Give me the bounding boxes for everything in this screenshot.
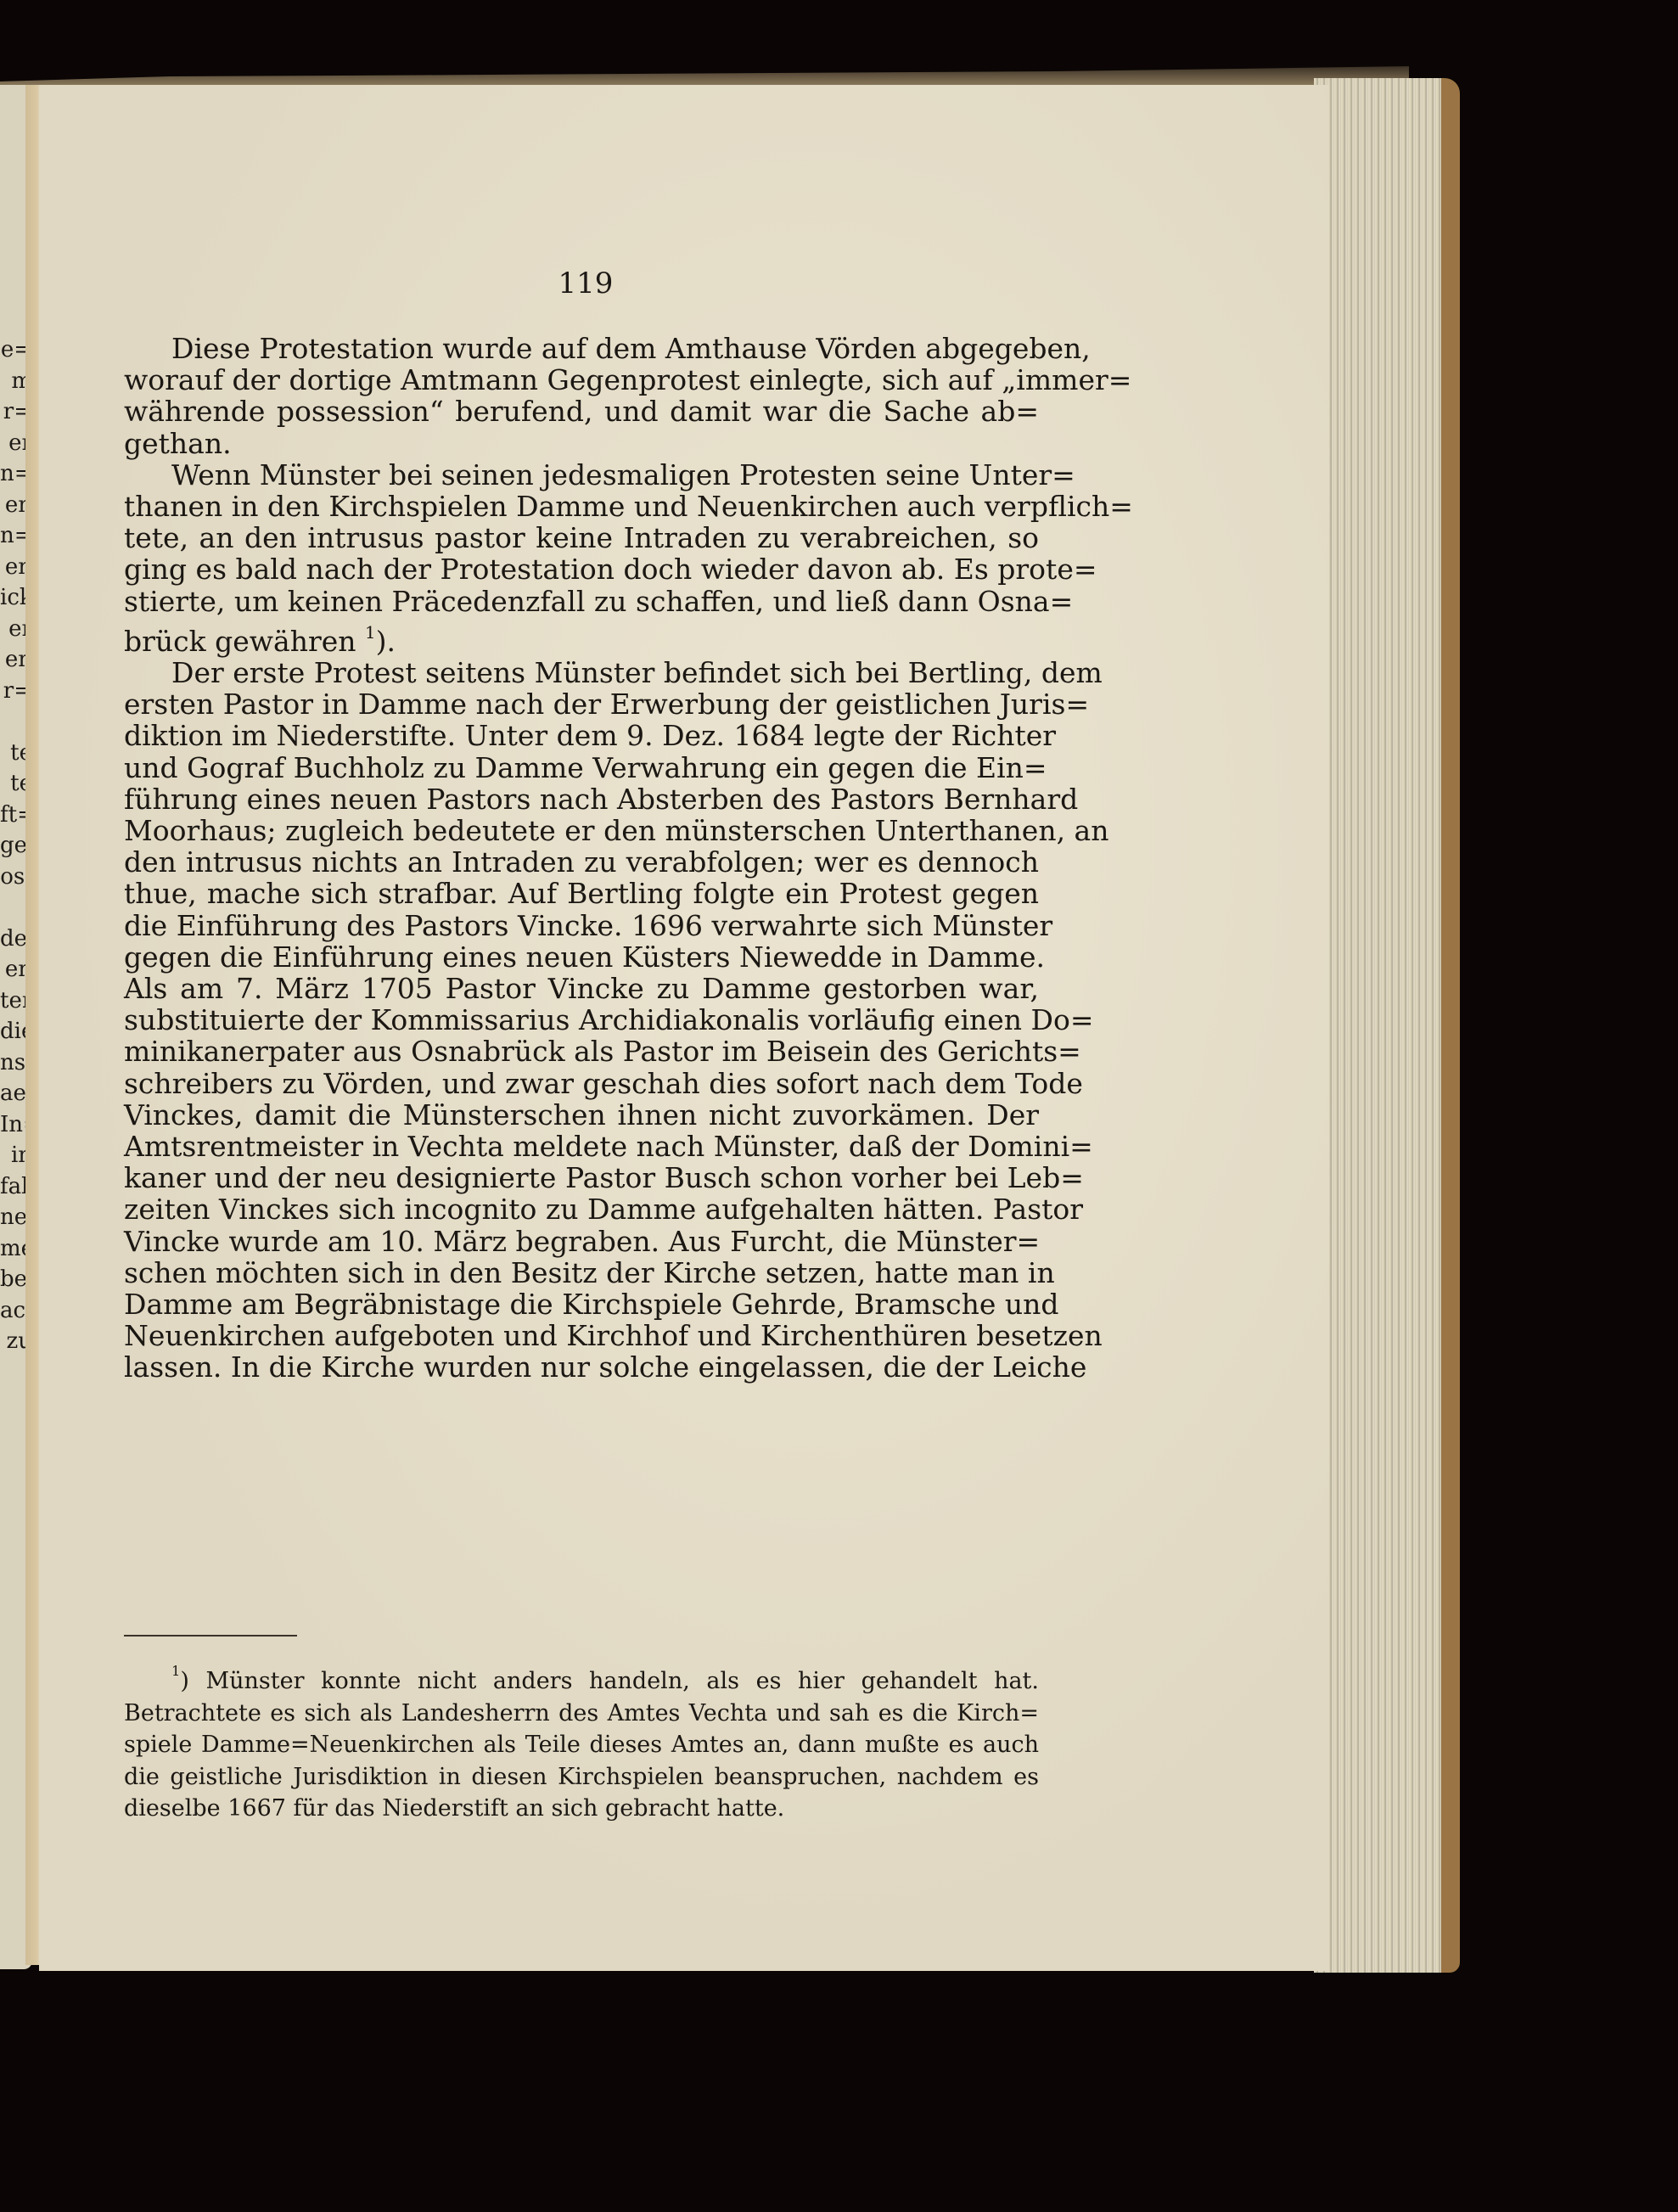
text-line: substituierte der Kommissarius Archidiak… <box>124 1004 1039 1036</box>
text-line: Als am 7. März 1705 Pastor Vincke zu Dam… <box>124 973 1039 1004</box>
text-line: Vinckes, damit die Münsterschen ihnen ni… <box>124 1099 1039 1131</box>
footnote-line: dieselbe 1667 für das Niederstift an sic… <box>124 1793 1039 1825</box>
text-line: lassen. In die Kirche wurden nur solche … <box>124 1351 1039 1383</box>
text-line: tete, an den intrusus pastor keine Intra… <box>124 522 1039 553</box>
text-line: Neuenkirchen aufgeboten und Kirchhof und… <box>124 1320 1039 1351</box>
text-line: Der erste Protest seitens Münster befind… <box>124 657 1039 688</box>
text-line: Diese Protestation wurde auf dem Amthaus… <box>124 333 1039 364</box>
text-line: Wenn Münster bei seinen jedesmaligen Pro… <box>124 459 1039 491</box>
text-line-with-footnote-ref: brück gewähren 1). <box>124 617 1039 657</box>
text-line: und Gograf Buchholz zu Damme Verwahrung … <box>124 752 1039 783</box>
body-text: Diese Protestation wurde auf dem Amthaus… <box>124 333 1039 1384</box>
text-line: Moorhaus; zugleich bedeutete er den müns… <box>124 815 1039 846</box>
text-fragment: ) Münster konnte nicht anders handeln, a… <box>180 1668 1039 1694</box>
footnote-marker: 1 <box>171 1663 180 1679</box>
text-line: worauf der dortige Amtmann Gegenprotest … <box>124 364 1039 396</box>
text-line: thue, mache sich strafbar. Auf Bertling … <box>124 878 1039 909</box>
text-line: ging es bald nach der Protestation doch … <box>124 553 1039 585</box>
text-line: ersten Pastor in Damme nach der Erwerbun… <box>124 688 1039 720</box>
text-line: schen möchten sich in den Besitz der Kir… <box>124 1257 1039 1288</box>
footnote: 1) Münster konnte nicht anders handeln, … <box>124 1655 1039 1825</box>
footnote-divider <box>124 1635 297 1637</box>
footnote-line: die geistliche Jurisdiktion in diesen Ki… <box>124 1761 1039 1794</box>
text-line: gethan. <box>124 428 1039 459</box>
text-fragment: brück gewähren <box>124 625 356 658</box>
text-line: Amtsrentmeister in Vechta meldete nach M… <box>124 1131 1039 1162</box>
text-line: stierte, um keinen Präcedenzfall zu scha… <box>124 586 1039 617</box>
footnote-line: 1) Münster konnte nicht anders handeln, … <box>124 1655 1039 1698</box>
page-number: 119 <box>543 267 628 300</box>
text-line: währende possession“ berufend, und damit… <box>124 396 1039 427</box>
text-fragment: ). <box>376 625 396 658</box>
text-line: Damme am Begräbnistage die Kirchspiele G… <box>124 1288 1039 1320</box>
text-line: führung eines neuen Pastors nach Absterb… <box>124 783 1039 815</box>
footnote-line: Betrachtete es sich als Landesherrn des … <box>124 1698 1039 1730</box>
footnote-reference[interactable]: 1 <box>365 623 376 643</box>
text-line: den intrusus nichts an Intraden zu verab… <box>124 846 1039 878</box>
text-line: schreibers zu Vörden, und zwar geschah d… <box>124 1068 1039 1099</box>
footnote-line: spiele Damme=Neuenkirchen als Teile dies… <box>124 1729 1039 1761</box>
text-line: Vincke wurde am 10. März begraben. Aus F… <box>124 1226 1039 1257</box>
text-line: gegen die Einführung eines neuen Küsters… <box>124 941 1039 973</box>
text-line: kaner und der neu designierte Pastor Bus… <box>124 1162 1039 1193</box>
text-line: diktion im Niederstifte. Unter dem 9. De… <box>124 720 1039 751</box>
text-line: minikanerpater aus Osnabrück als Pastor … <box>124 1036 1039 1067</box>
page-block-edges <box>1314 78 1460 1973</box>
text-line: thanen in den Kirchspielen Damme und Neu… <box>124 491 1039 522</box>
text-line: die Einführung des Pastors Vincke. 1696 … <box>124 910 1039 941</box>
text-line: zeiten Vinckes sich incognito zu Damme a… <box>124 1193 1039 1225</box>
